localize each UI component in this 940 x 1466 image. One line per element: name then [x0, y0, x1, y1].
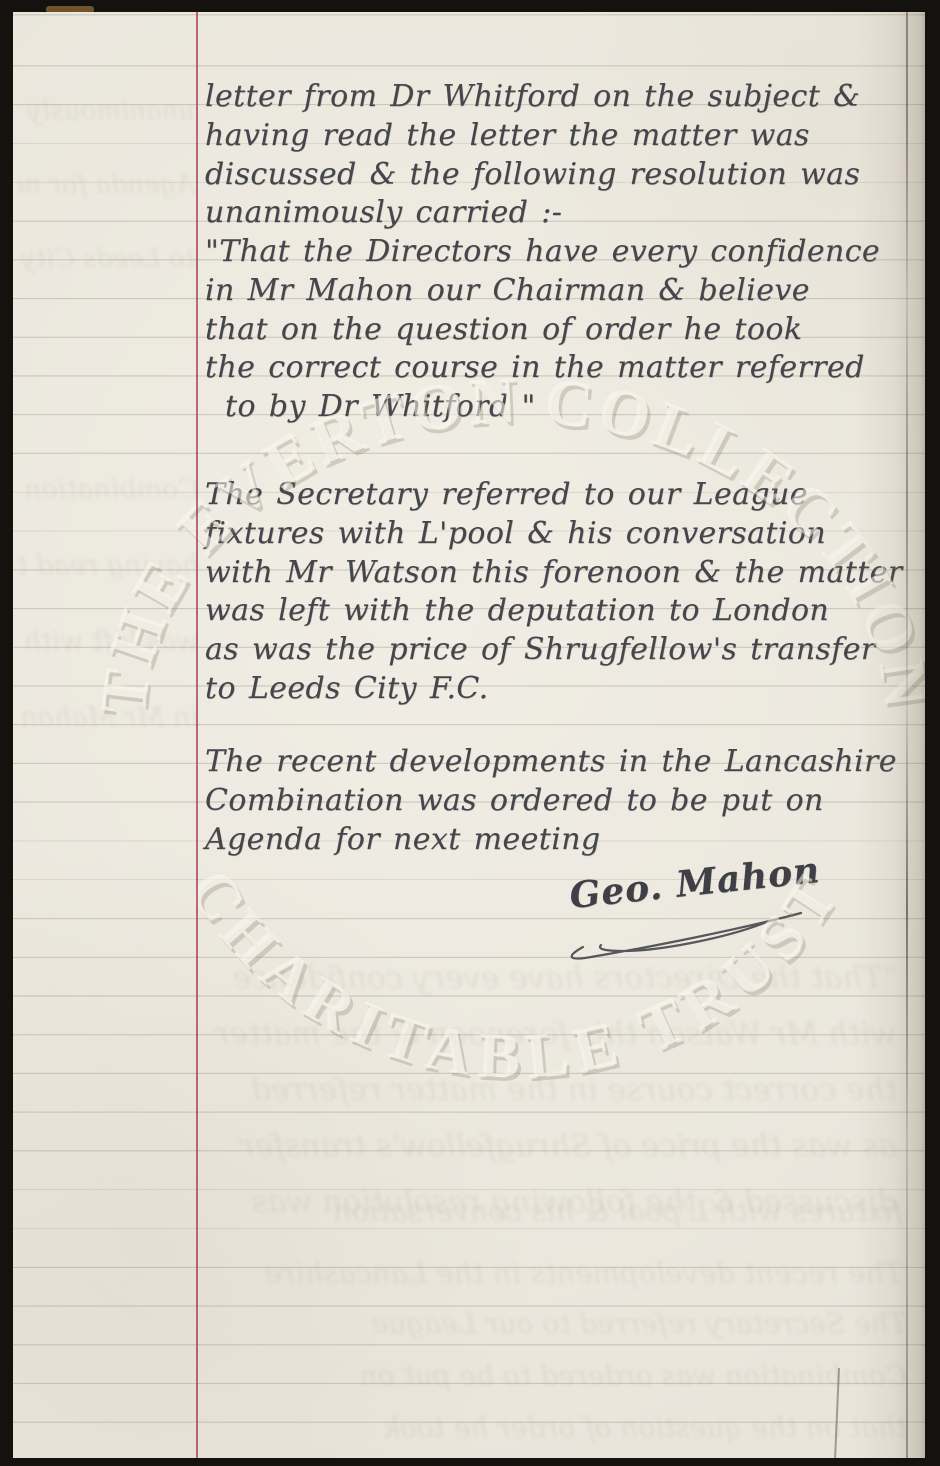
paragraph-lancashire-combination: The recent developments in the Lancashir…	[205, 743, 921, 859]
paragraph-whitford-resolution: letter from Dr Whitford on the subject &…	[205, 78, 921, 427]
page-edge-crease	[906, 12, 908, 1458]
scanned-page-frame: unanimously carried :- Agenda for next m…	[0, 0, 940, 1466]
manuscript-line: to by Dr Whitford "	[205, 388, 921, 427]
manuscript-line: letter from Dr Whitford on the subject &	[205, 78, 921, 117]
manuscript-line: The recent developments in the Lancashir…	[205, 743, 921, 782]
manuscript-line: fixtures with L'pool & his conversation	[205, 515, 921, 554]
paragraph-league-fixtures: The Secretary referred to our League fix…	[205, 476, 921, 709]
manuscript-line: that on the question of order he took	[205, 311, 921, 350]
manuscript-line: unanimously carried :-	[205, 194, 921, 233]
red-margin-line	[196, 12, 198, 1458]
manuscript-line: Combination was ordered to be put on	[205, 782, 921, 821]
manuscript-line: The Secretary referred to our League	[205, 476, 921, 515]
manuscript-line: with Mr Watson this forenoon & the matte…	[205, 554, 921, 593]
manuscript-line: discussed & the following resolution was	[205, 156, 921, 195]
manuscript-line: as was the price of Shrugfellow's transf…	[205, 631, 921, 670]
page-edge-shading	[855, 12, 925, 1458]
manuscript-line: the correct course in the matter referre…	[205, 349, 921, 388]
manuscript-line: "That the Directors have every confidenc…	[205, 233, 921, 272]
manuscript-line: in Mr Mahon our Chairman & believe	[205, 272, 921, 311]
notebook-page: unanimously carried :- Agenda for next m…	[13, 12, 925, 1458]
manuscript-line: having read the letter the matter was	[205, 117, 921, 156]
manuscript-line: to Leeds City F.C.	[205, 670, 921, 709]
signature-flourish	[561, 905, 817, 963]
manuscript-line: was left with the deputation to London	[205, 592, 921, 631]
